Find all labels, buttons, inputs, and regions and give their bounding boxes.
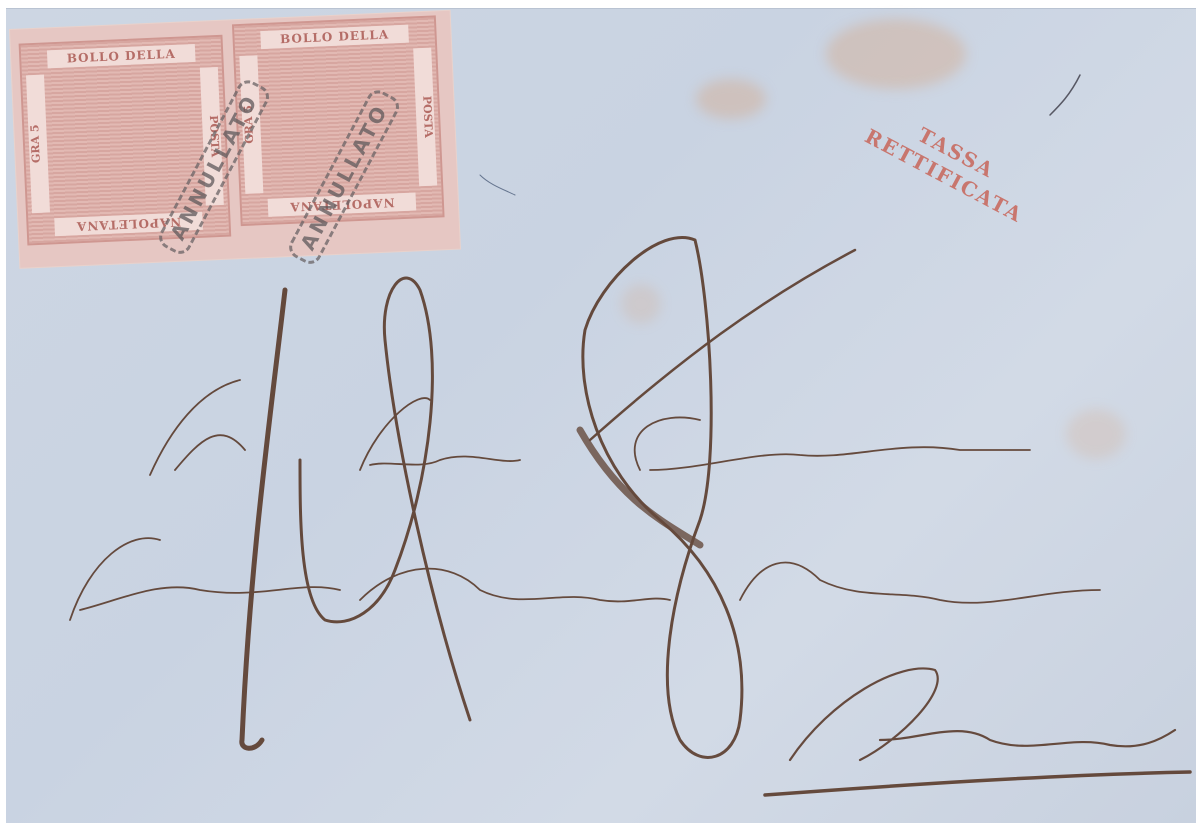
manuscript-ink bbox=[0, 0, 1200, 828]
